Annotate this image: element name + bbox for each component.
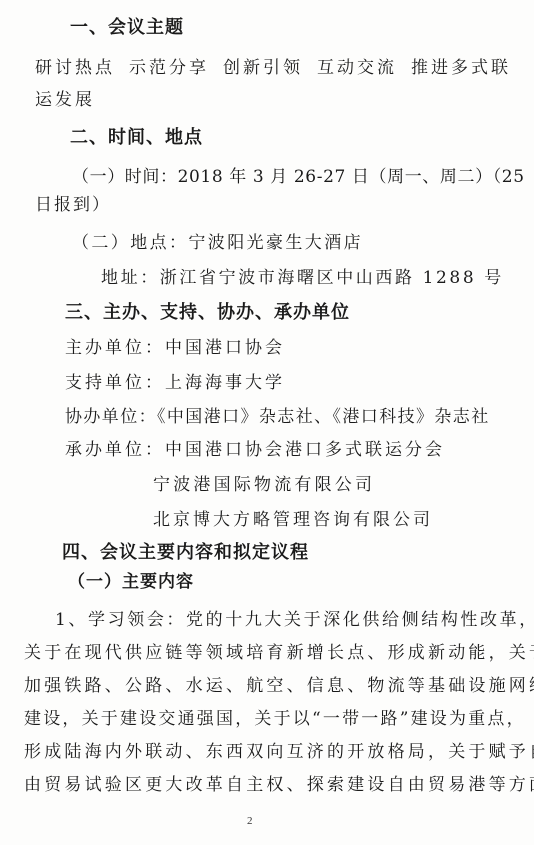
undertaker-name: 宁波港国际物流有限公司 <box>153 474 375 496</box>
theme-continuation: 运发展 <box>35 89 95 111</box>
paragraph-line: 关于在现代供应链等领域培育新增长点、形成新动能，关于 <box>24 642 534 664</box>
theme-item: 示范分享 <box>129 57 209 79</box>
theme-item: 研讨热点 <box>35 57 115 79</box>
section2-heading: 二、时间、地点 <box>70 127 203 149</box>
section1-heading: 一、会议主题 <box>70 17 184 39</box>
paragraph-line: 形成陆海内外联动、东西双向互济的开放格局，关于赋予自 <box>24 741 534 763</box>
address-line: 地址：浙江省宁波市海曙区中山西路 1288 号 <box>101 267 504 289</box>
section4-heading: 四、会议主要内容和拟定议程 <box>62 542 309 564</box>
paragraph-line: 1、学习领会：党的十九大关于深化供给侧结构性改革， <box>55 609 534 631</box>
section3-heading: 三、主办、支持、协办、承办单位 <box>65 302 350 324</box>
theme-item: 创新引领 <box>223 57 303 79</box>
support-unit: 支持单位：上海海事大学 <box>65 372 285 394</box>
theme-list: 研讨热点示范分享创新引领互动交流推进多式联 <box>35 57 511 79</box>
undertaker-unit: 承办单位：中国港口协会港口多式联运分会 <box>65 439 445 461</box>
page-number: 2 <box>247 815 253 827</box>
time-line-continuation: 日报到） <box>35 194 111 216</box>
paragraph-line: 加强铁路、公路、水运、航空、信息、物流等基础设施网络 <box>24 675 534 697</box>
host-unit: 主办单位：中国港口协会 <box>65 337 285 359</box>
paragraph-line: 建设，关于建设交通强国，关于以“一带一路”建设为重点， <box>24 708 526 730</box>
time-line: （一）时间：2018 年 3 月 26-27 日（周一、周二）（25 <box>72 166 525 188</box>
paragraph-line: 由贸易试验区更大改革自主权、探索建设自由贸易港等方面 <box>24 774 534 796</box>
undertaker-name: 中国港口协会港口多式联运分会 <box>165 440 445 460</box>
undertaker-name: 北京博大方略管理咨询有限公司 <box>153 509 433 531</box>
place-line: （二）地点：宁波阳光豪生大酒店 <box>72 232 363 254</box>
section4-subheading: （一）主要内容 <box>68 571 194 593</box>
undertaker-label: 承办单位： <box>65 440 165 460</box>
theme-item: 互动交流 <box>317 57 397 79</box>
theme-item: 推进多式联 <box>411 57 511 79</box>
co-organizer-unit: 协办单位：《中国港口》杂志社、《港口科技》杂志社 <box>65 406 490 428</box>
